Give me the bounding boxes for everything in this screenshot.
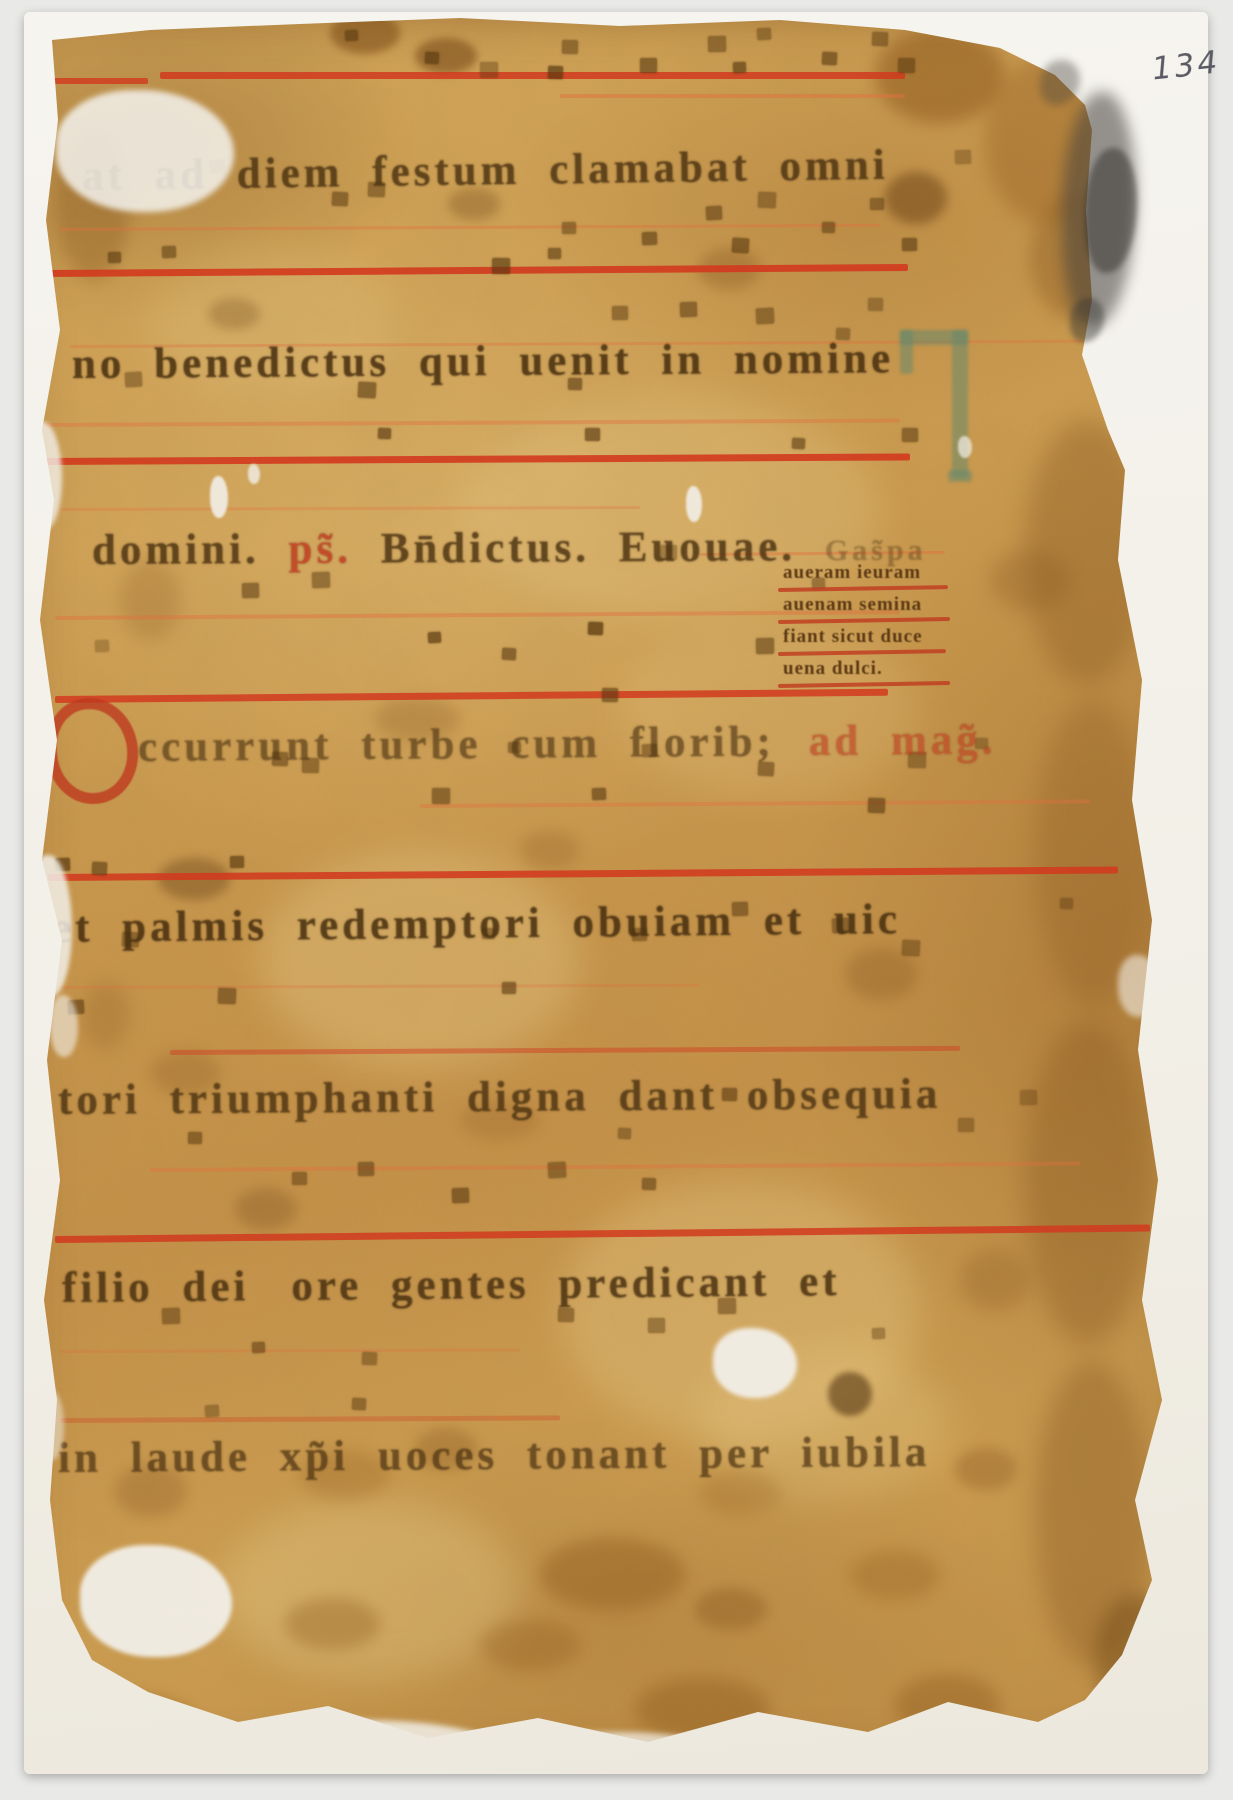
neume-square [352,1398,367,1411]
neume-square [640,58,657,73]
neume-square [648,1318,665,1333]
manuscript-photo: aueram ieuramauenam seminafiant sicut du… [0,0,1233,1800]
white-damage-patch [248,464,260,484]
neume-square [792,438,806,450]
chant-text: ccurrunt turbe cum florib; [138,718,775,771]
parchment-leaf: aueram ieuramauenam seminafiant sicut du… [0,0,1233,1800]
neume-square [642,232,657,246]
neume-square [958,1118,974,1132]
staff-line-faint [560,94,905,98]
neume-square [548,1162,567,1179]
chant-text: domini. [92,526,289,574]
neume-square [1020,1090,1037,1105]
neume-square [188,1132,202,1144]
neume-square [588,622,603,636]
stain [285,1598,380,1650]
neume-square [612,306,628,320]
worn-light-patch [260,850,580,1070]
neume-square [362,1352,377,1366]
stain [850,1550,940,1600]
neume-square [758,192,777,209]
white-damage-patch [958,436,972,458]
chant-text: no benedictus qui uenit in nomine [72,335,894,388]
stain [695,1588,767,1630]
chant-text-line: et palmis redemptori obuiam et uic [52,895,901,953]
neume-square [358,1162,374,1176]
neume-square [558,1308,574,1322]
neume-square [218,988,237,1005]
neume-square [242,583,259,598]
staff-line-red [52,78,148,84]
neume-square [252,1342,266,1354]
stain [828,1372,872,1416]
stain [955,1448,1017,1490]
neume-square [680,302,698,318]
neume-square [708,36,726,52]
stain [960,1250,1030,1310]
chant-rubric-text: ad mag̃. [809,717,997,766]
chant-text: Gas̃pa [825,534,927,568]
stain [208,298,260,330]
neume-square [480,62,498,78]
neume-square [562,40,578,54]
neume-square [868,798,886,814]
chant-text: et palmis redemptori obuiam et uic [52,896,901,952]
neume-square [898,58,915,73]
neume-square [756,638,774,654]
chant-text-line: in laude xp̃i uoces tonant per iubila [58,1428,931,1483]
rubric-text-line: auenam semina [783,594,922,616]
neume-square [312,572,331,589]
stain [1025,1020,1150,1345]
white-damage-patch [80,1545,232,1657]
stain [80,980,130,1050]
green-initial-p-stroke [900,330,913,374]
neume-square [378,428,391,439]
neume-square [548,66,563,80]
stain [520,830,580,870]
chant-text-line: tori triumphanti digna dant obsequia [58,1070,942,1125]
chant-text: Bn̄dictus. Euouae. [352,523,825,572]
chant-text: filio dei [62,1263,250,1312]
chant-text-line: ccurrunt turbe cum florib;ad mag̃. [138,716,997,772]
neume-square [822,52,838,66]
neume-square [870,198,884,210]
chant-text: tori triumphanti digna dant obsequia [58,1071,942,1124]
neume-square [592,788,606,800]
neume-square [872,32,888,47]
stain [235,1188,297,1230]
neume-square [502,648,517,661]
neume-square [955,150,971,165]
neume-square [1060,898,1073,909]
neume-square [562,222,576,234]
stain [480,1620,580,1670]
neume-square [92,862,108,876]
neume-square [602,688,618,702]
green-initial-p-stroke [948,470,972,482]
neume-square [872,1328,885,1339]
neume-square [757,28,772,41]
neume-square [345,30,359,42]
neume-square [502,982,516,994]
white-damage-patch [686,486,702,522]
pencil-folio-number: 134 [1150,45,1222,88]
white-damage-patch [56,90,234,212]
neume-square [292,1172,307,1185]
chant-text-line: domini. ps̃. Bn̄dictus. Euouae. Gas̃pa [92,522,927,575]
neume-square [108,252,121,263]
neume-square [902,238,917,251]
neume-square [585,428,600,441]
neume-square [822,222,835,233]
white-damage-patch [50,995,78,1057]
neume-square [432,788,450,804]
chant-text-line: filio deiore gentes predicant et [62,1257,841,1313]
neume-square [902,428,918,442]
stain [540,1538,685,1610]
neume-square [733,62,746,73]
neume-square [492,258,510,274]
neume-square [452,1188,470,1204]
neume-square [425,52,440,65]
neume-square [902,940,921,957]
neume-square [230,856,244,868]
neume-square [732,238,750,254]
rubric-text-line: fiant sicut duce [783,626,923,648]
neume-square [868,298,883,311]
white-damage-patch [210,476,228,518]
neume-square [618,1128,632,1140]
neume-square [95,640,110,653]
neume-square [756,308,775,325]
worn-light-patch [220,1500,520,1680]
staff-line-red [160,72,905,79]
neume-square [548,248,561,259]
stain [885,172,947,224]
chant-text: in laude xp̃i uoces tonant per iubila [58,1429,931,1482]
stain [990,550,1070,610]
neume-square [162,246,176,258]
chant-rubric-text: ps̃. [288,526,352,573]
chant-text: ore gentes predicant et [291,1258,841,1310]
white-damage-patch [713,1328,797,1398]
neume-square [205,1405,220,1418]
neume-square [642,1178,656,1190]
rubric-text-line: uena dulci. [783,658,883,680]
neume-square [428,632,442,644]
neume-square [706,206,723,221]
chant-text-line: no benedictus qui uenit in nomine [72,334,894,389]
